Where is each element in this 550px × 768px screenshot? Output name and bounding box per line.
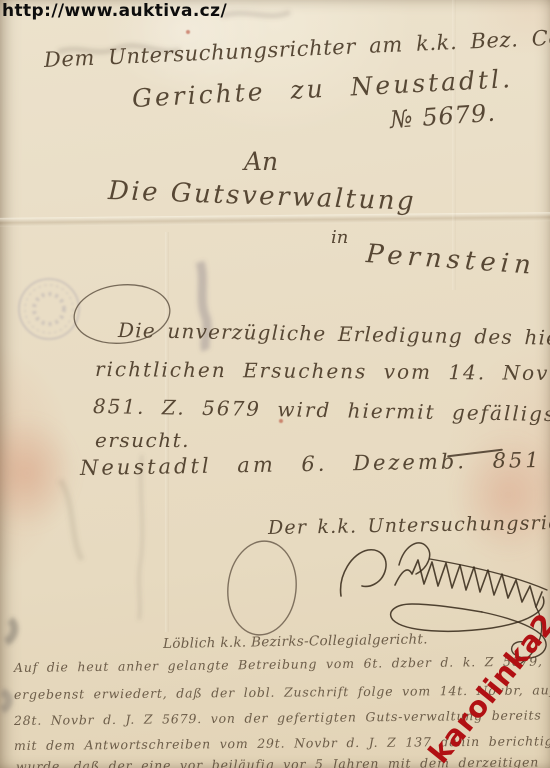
dateline-year: 851 [492, 448, 542, 473]
source-url-overlay: http://www.auktiva.cz/ [2, 1, 227, 21]
body-line-2: richtlichen Ersuchens vom 14. Novemb. [95, 357, 550, 385]
body-line-4: ersucht. [95, 428, 190, 452]
scanned-letter: http://www.auktiva.cz/ Dem Untersuchungs… [0, 0, 550, 768]
preposition-in: in [331, 227, 348, 248]
red-speck [186, 30, 190, 34]
closing-line: Der k.k. Untersuchungsrichter [268, 511, 550, 539]
salutation-an: An [244, 147, 278, 176]
